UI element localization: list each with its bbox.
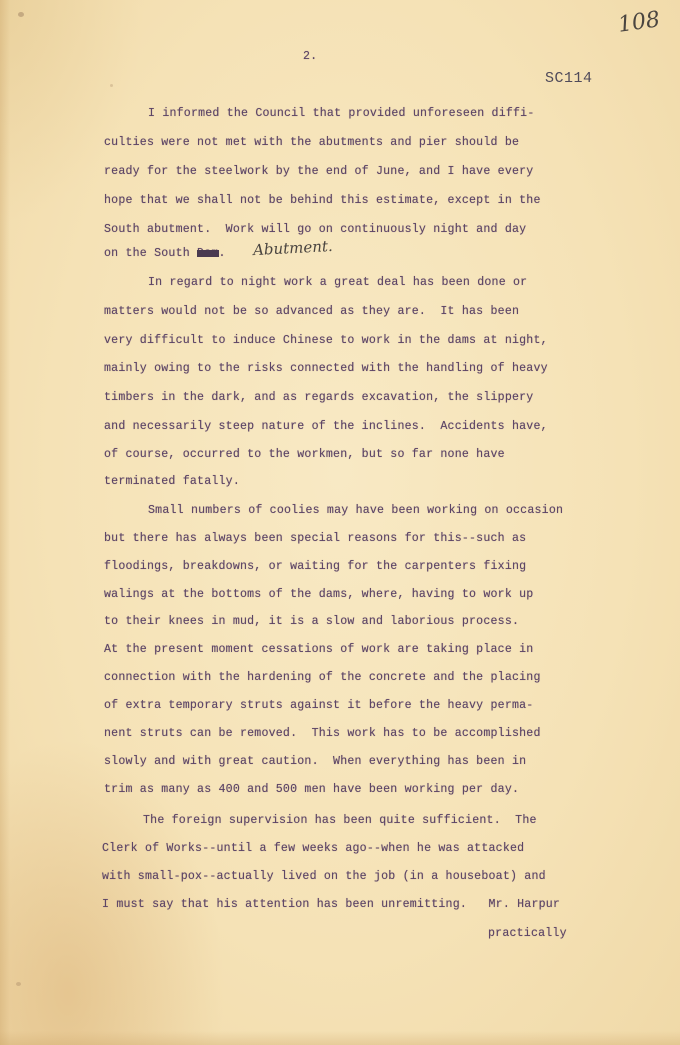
text-line: timbers in the dark, and as regards exca… <box>104 391 533 405</box>
text-line: ready for the steelwork by the end of Ju… <box>104 165 533 179</box>
text-line: matters would not be so advanced as they… <box>104 305 519 319</box>
text-line: but there has always been special reason… <box>104 532 526 546</box>
catchword: practically <box>488 927 567 941</box>
paper-edge-shadow <box>0 0 10 1045</box>
text-line: Clerk of Works--until a few weeks ago--w… <box>102 842 524 856</box>
text-line: Small numbers of coolies may have been w… <box>148 504 563 518</box>
text-line: hope that we shall not be behind this es… <box>104 194 541 208</box>
text-line: floodings, breakdowns, or waiting for th… <box>104 560 526 574</box>
text-line: with small-pox--actually lived on the jo… <box>102 870 546 884</box>
paper-edge-shadow-bottom <box>0 1031 680 1045</box>
paper-blemish <box>110 84 113 87</box>
text-line: and necessarily steep nature of the incl… <box>104 420 548 434</box>
text-line: In regard to night work a great deal has… <box>148 276 527 290</box>
paper-blemish <box>16 982 21 986</box>
text-line: walings at the bottoms of the dams, wher… <box>104 588 533 602</box>
text-line: mainly owing to the risks connected with… <box>104 362 548 376</box>
paper-blemish <box>18 12 24 17</box>
text-fragment: on the South <box>104 247 197 260</box>
text-fragment: . <box>219 247 226 260</box>
typed-page-number: 2. <box>303 50 317 64</box>
text-line: At the present moment cessations of work… <box>104 643 533 657</box>
text-line: nent struts can be removed. This work ha… <box>104 727 541 741</box>
text-line: I must say that his attention has been u… <box>102 898 560 912</box>
text-line: connection with the hardening of the con… <box>104 671 541 685</box>
text-line: trim as many as 400 and 500 men have bee… <box>104 783 519 797</box>
reference-code-stamp: SC114 <box>545 70 593 87</box>
text-line: The foreign supervision has been quite s… <box>143 814 537 828</box>
text-line-with-correction: on the South Dam. <box>104 247 226 261</box>
text-line: slowly and with great caution. When ever… <box>104 755 526 769</box>
paper-background <box>0 0 680 1045</box>
text-line: very difficult to induce Chinese to work… <box>104 334 548 348</box>
text-line: of course, occurred to the workmen, but … <box>104 448 505 462</box>
text-line: culties were not met with the abutments … <box>104 136 519 150</box>
text-line: terminated fatally. <box>104 475 240 489</box>
text-line: I informed the Council that provided unf… <box>148 107 535 121</box>
text-line: of extra temporary struts against it bef… <box>104 699 533 713</box>
text-line: to their knees in mud, it is a slow and … <box>104 615 519 629</box>
text-line: South abutment. Work will go on continuo… <box>104 223 526 237</box>
struck-out-word: Dam <box>197 247 218 261</box>
